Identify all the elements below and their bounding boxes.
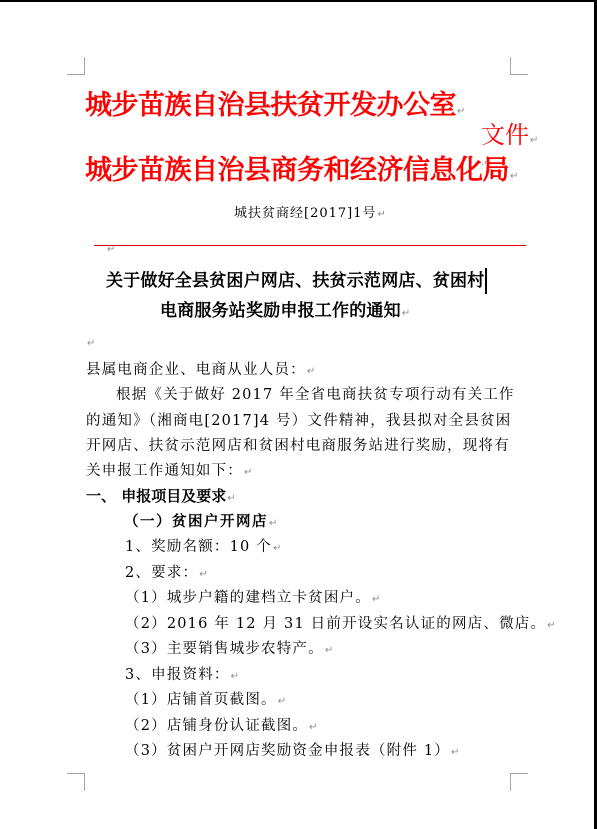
paragraph-mark-icon: ↵ [273, 543, 283, 554]
salutation[interactable]: 县属电商企业、电商从业人员：↵ [86, 360, 316, 382]
margin-corner-bottom-left [67, 773, 85, 791]
paragraph-mark-icon: ↵ [547, 620, 557, 631]
notice-title-line-2[interactable]: 电商服务站奖励申报工作的通知↵ [160, 299, 410, 326]
paragraph-mark-icon: ↵ [510, 171, 518, 182]
paragraph-mark-icon: ↵ [107, 245, 115, 255]
notice-title-line-1[interactable]: 关于做好全县贫困户网店、扶贫示范网店、贫困村 [106, 268, 487, 294]
letterhead-line-2[interactable]: 城步苗族自治县商务和经济信息化局↵ [85, 155, 518, 193]
list-item[interactable]: 2、要求：↵ [125, 563, 209, 585]
doc-number-text: 城扶贫商经[2017]1号 [234, 206, 377, 221]
list-item[interactable]: （2）2016 年 12 月 31 日前开设实名认证的网店、微店。↵ [125, 614, 557, 636]
doc-number[interactable]: 城扶贫商经[2017]1号↵ [234, 205, 387, 224]
empty-paragraph-mark: ↵ [87, 338, 95, 349]
intro-line-1-text: 根据《关于做好 2017 年全省电商扶贫专项行动有关工作 [116, 387, 515, 403]
paragraph-mark-icon: ↵ [244, 467, 254, 478]
intro-line-4-text: 关申报工作通知如下： [86, 463, 243, 479]
letterhead-line-1[interactable]: 城步苗族自治县扶贫开发办公室↵ [85, 90, 465, 128]
paragraph-mark-icon: ↵ [199, 569, 209, 580]
intro-line-4[interactable]: 关申报工作通知如下：↵ [86, 461, 254, 483]
list-item-text: （2）2016 年 12 月 31 日前开设实名认证的网店、微店。 [125, 616, 546, 632]
intro-line-3[interactable]: 开网店、扶贫示范网店和贫困村电商服务站进行奖励，现将有 [86, 436, 510, 456]
paragraph-mark-icon: ↵ [278, 696, 288, 707]
list-item-text: 3、申报资料： [125, 667, 230, 683]
salutation-text: 县属电商企业、电商从业人员： [86, 362, 306, 378]
list-item-text: （3）主要销售城步农特产。 [125, 641, 324, 657]
paragraph-mark-icon: ↵ [231, 671, 241, 682]
paragraph-mark-icon: ↵ [372, 594, 382, 605]
list-item-text: （1）店铺首页截图。 [125, 692, 277, 708]
paragraph-mark-icon: ↵ [309, 722, 319, 733]
list-item[interactable]: 1、奖励名额：10 个↵ [125, 537, 283, 559]
letterhead-suffix-text: 文件 [481, 121, 529, 149]
intro-line-1[interactable]: 根据《关于做好 2017 年全省电商扶贫专项行动有关工作 [116, 385, 515, 405]
list-item[interactable]: （1）城步户籍的建档立卡贫困户。↵ [125, 588, 382, 610]
paragraph-mark-icon: ↵ [325, 645, 335, 656]
list-item[interactable]: （3）主要销售城步农特产。↵ [125, 639, 334, 661]
notice-title-line-1-text: 关于做好全县贫困户网店、扶贫示范网店、贫困村 [106, 271, 484, 291]
list-item[interactable]: （2）店铺身份认证截图。↵ [125, 716, 319, 738]
paragraph-mark-icon: ↵ [402, 308, 411, 319]
list-item-text: （1）城步户籍的建档立卡贫困户。 [125, 590, 371, 606]
section-1-heading-text: 一、 申报项目及要求 [86, 487, 226, 505]
paragraph-mark-icon: ↵ [530, 135, 538, 146]
list-item[interactable]: 3、申报资料：↵ [125, 665, 240, 687]
list-item[interactable]: （3）贫困户开网店奖励资金申报表（附件 1）↵ [125, 741, 461, 763]
list-item-text: 2、要求： [125, 565, 198, 581]
list-item-text: 1、奖励名额：10 个 [125, 539, 272, 555]
list-item[interactable]: （1）店铺首页截图。↵ [125, 690, 287, 712]
paragraph-mark-icon: ↵ [457, 106, 465, 117]
intro-line-2-text: 的通知》（湘商电[2017]4 号）文件精神，我县拟对全县贫困 [86, 413, 512, 429]
margin-corner-top-left [67, 57, 85, 75]
text-cursor [485, 268, 487, 294]
paragraph-mark-icon: ↵ [227, 493, 235, 504]
paragraph-mark-icon: ↵ [269, 518, 279, 529]
paragraph-mark-icon: ↵ [378, 209, 387, 220]
letterhead-line-1-text: 城步苗族自治县扶贫开发办公室 [85, 90, 456, 121]
list-item-text: （3）贫困户开网店奖励资金申报表（附件 1） [125, 743, 450, 759]
list-item-text: （2）店铺身份认证截图。 [125, 718, 308, 734]
subsection-1-heading[interactable]: （一）贫困户开网店↵ [124, 512, 279, 534]
red-divider-line [94, 245, 526, 246]
subsection-1-heading-text: （一）贫困户开网店 [124, 513, 268, 530]
margin-corner-top-right [510, 57, 528, 75]
intro-line-3-text: 开网店、扶贫示范网店和贫困村电商服务站进行奖励，现将有 [86, 438, 510, 454]
paragraph-mark-icon: ↵ [451, 747, 461, 758]
margin-corner-bottom-right [510, 773, 528, 791]
stray-format-mark: ·' [481, 160, 487, 171]
document-page: 城步苗族自治县扶贫开发办公室↵ 文件↵ 城步苗族自治县商务和经济信息化局↵ ·'… [0, 0, 597, 829]
intro-line-2[interactable]: 的通知》（湘商电[2017]4 号）文件精神，我县拟对全县贫困 [86, 411, 512, 431]
section-1-heading[interactable]: 一、 申报项目及要求↵ [86, 486, 236, 509]
notice-title-line-2-text: 电商服务站奖励申报工作的通知 [160, 301, 401, 321]
paragraph-mark-icon: ↵ [307, 366, 317, 377]
letterhead-line-2-text: 城步苗族自治县商务和经济信息化局 [85, 155, 509, 186]
letterhead-suffix[interactable]: 文件↵ [481, 121, 538, 155]
